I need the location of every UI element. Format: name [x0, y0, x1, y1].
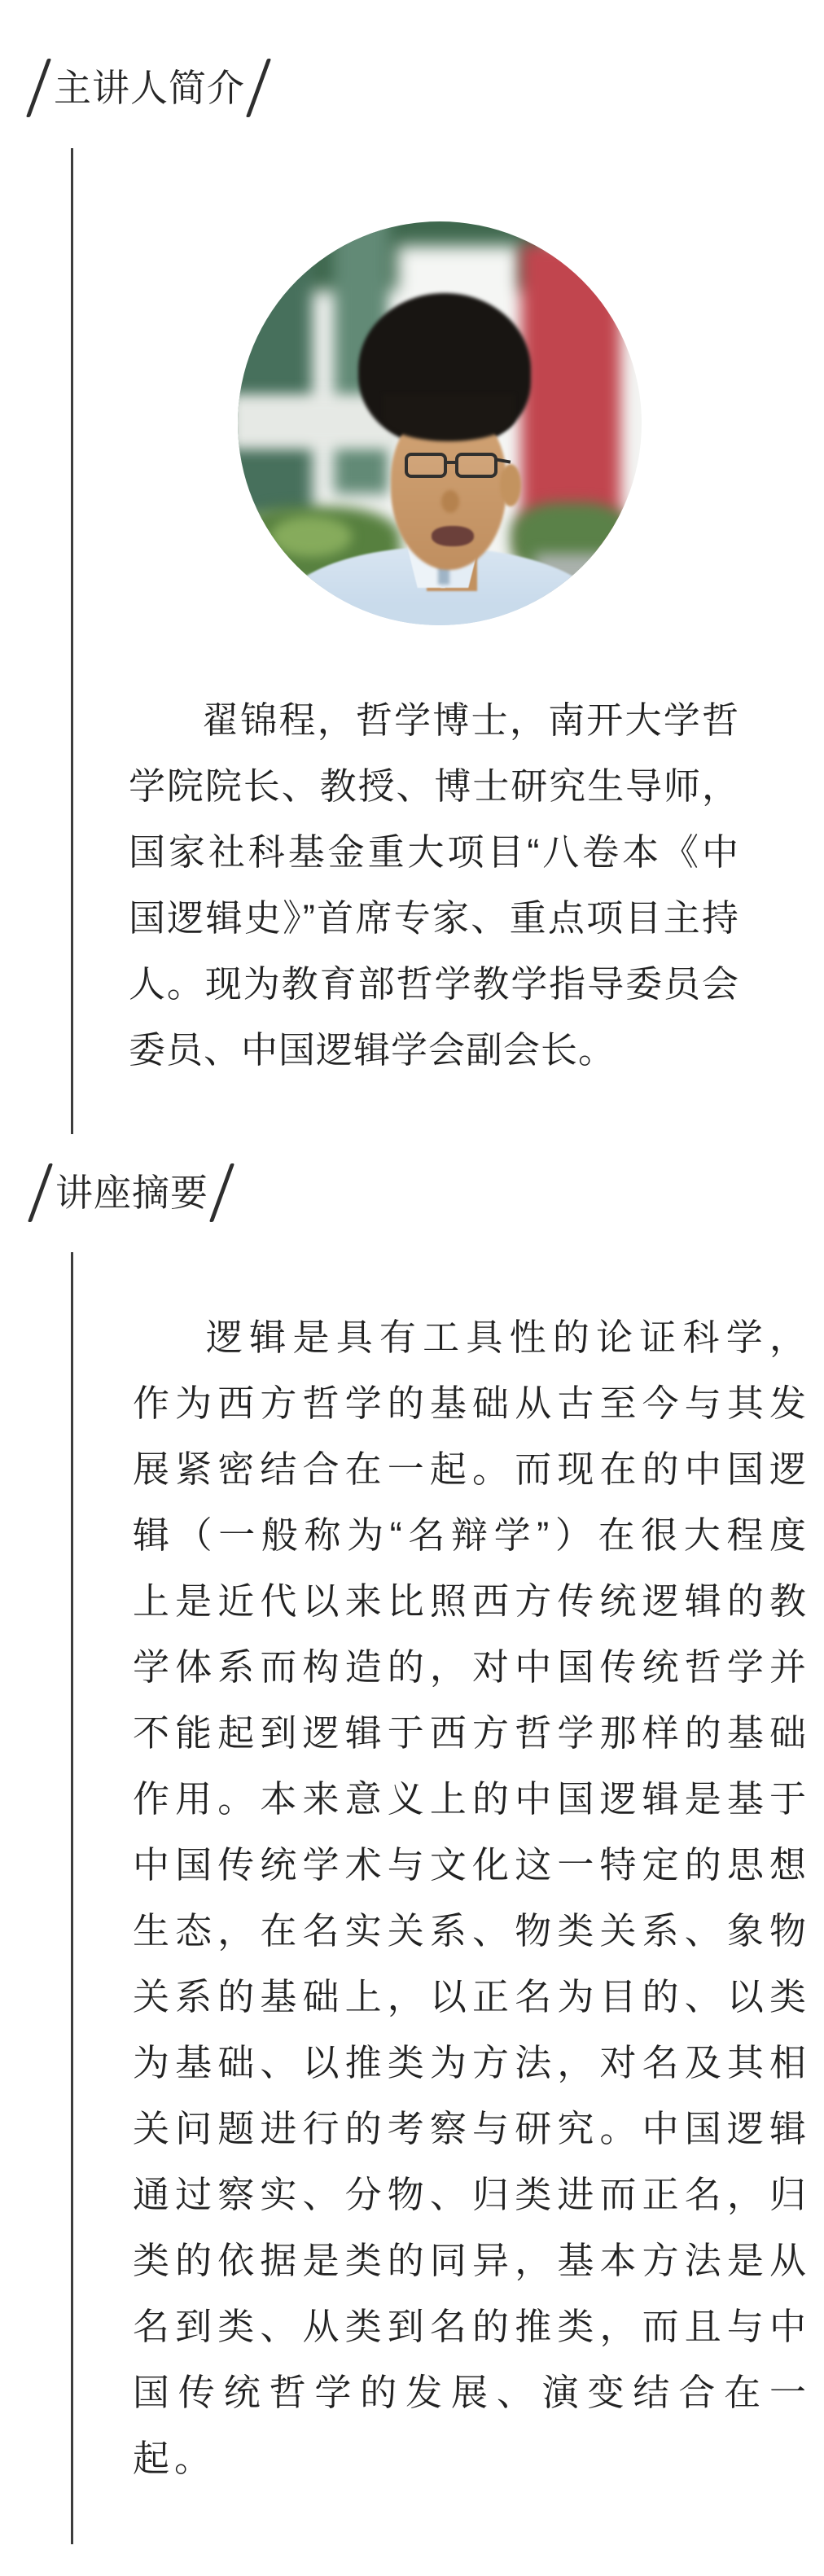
photo-glasses-right-lens	[455, 453, 497, 478]
speaker-bio-paragraph: 翟锦程，哲学博士，南开大学哲学院院长、教授、博士研究生导师，国家社科基金重大项目…	[129, 687, 739, 1083]
photo-glasses-bridge	[445, 461, 457, 464]
slash-right-icon	[246, 59, 271, 117]
photo-hair-fringe	[383, 394, 515, 441]
abstract-section-title: 讲座摘要	[55, 1174, 208, 1211]
abstract-section-divider-line	[71, 1252, 73, 2544]
photo-mouth	[432, 526, 474, 546]
photo-shirt-lower	[275, 604, 609, 625]
speaker-section-divider-line	[71, 148, 73, 1134]
slash-left-icon	[26, 59, 51, 117]
speaker-section-title: 主讲人简介	[54, 69, 245, 107]
abstract-paragraph: 逻辑是具有工具性的论证科学，作为西方哲学的基础从古至今与其发展紧密结合在一起。而…	[133, 1304, 811, 2491]
photo-bush-left-highlight	[270, 516, 352, 557]
slash-left-icon	[28, 1163, 53, 1222]
photo-glasses-left-lens	[405, 453, 447, 478]
abstract-section-header: 讲座摘要	[38, 1163, 224, 1223]
photo-ear	[500, 464, 521, 506]
photo-nose-shadow	[441, 490, 459, 513]
photo-green-panel-left	[238, 221, 313, 519]
speaker-photo	[238, 221, 642, 625]
article-page: 主讲人简介 翟锦程，哲学博士，南开大学哲学院院长、教授、博士研究生导师，国家社科…	[0, 0, 824, 2576]
speaker-section-header: 主讲人简介	[37, 58, 261, 118]
slash-right-icon	[209, 1163, 234, 1222]
